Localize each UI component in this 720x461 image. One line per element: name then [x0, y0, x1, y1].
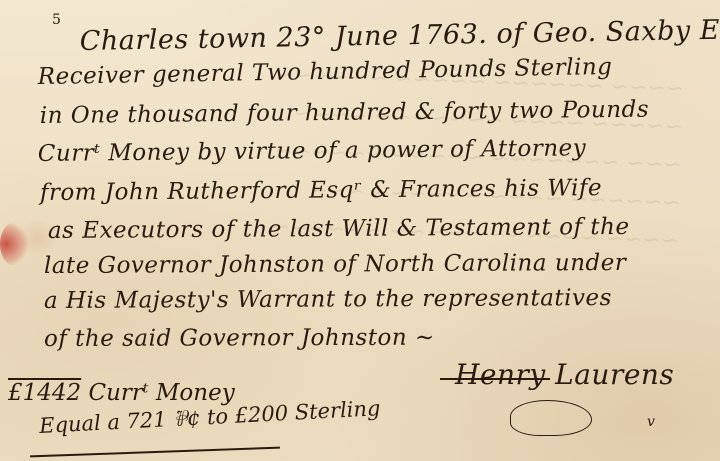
text-line-6: as Executors of the last Will & Testamen… [48, 214, 630, 244]
amount-pounds: £1442 [8, 380, 81, 406]
text-line-2: Receiver general Two hundred Pounds Ster… [38, 54, 613, 90]
page-number: 5 [52, 12, 61, 28]
handwritten-receipt: ~~~~ ~~~~~~ ~~~~~ ~~~~~~ ~~~~~ ~~~~ ~~~~… [0, 0, 720, 461]
text-line-9: of the said Governor Johnston ~ [44, 325, 435, 352]
text-line-5: from John Rutherford Esqʳ & Frances his … [40, 175, 602, 206]
signature: Henry Laurens [455, 358, 674, 391]
text-line-8: a His Majesty's Warrant to the represent… [44, 285, 612, 314]
amount-currency-line: £1442 Currᵗ Money [8, 380, 235, 406]
underline-rule [30, 447, 280, 457]
corner-mark: v [647, 414, 655, 430]
red-wax-seal-remnant [0, 222, 30, 266]
text-line-4: Currᵗ Money by virtue of a power of Atto… [38, 135, 587, 167]
text-line-3: in One thousand four hundred & forty two… [40, 97, 649, 129]
text-line-1: Charles town 23° June 1763. of Geo. Saxb… [79, 14, 720, 57]
text-line-7: late Governor Johnston of North Carolina… [44, 250, 627, 279]
signature-loop-flourish [510, 400, 592, 436]
